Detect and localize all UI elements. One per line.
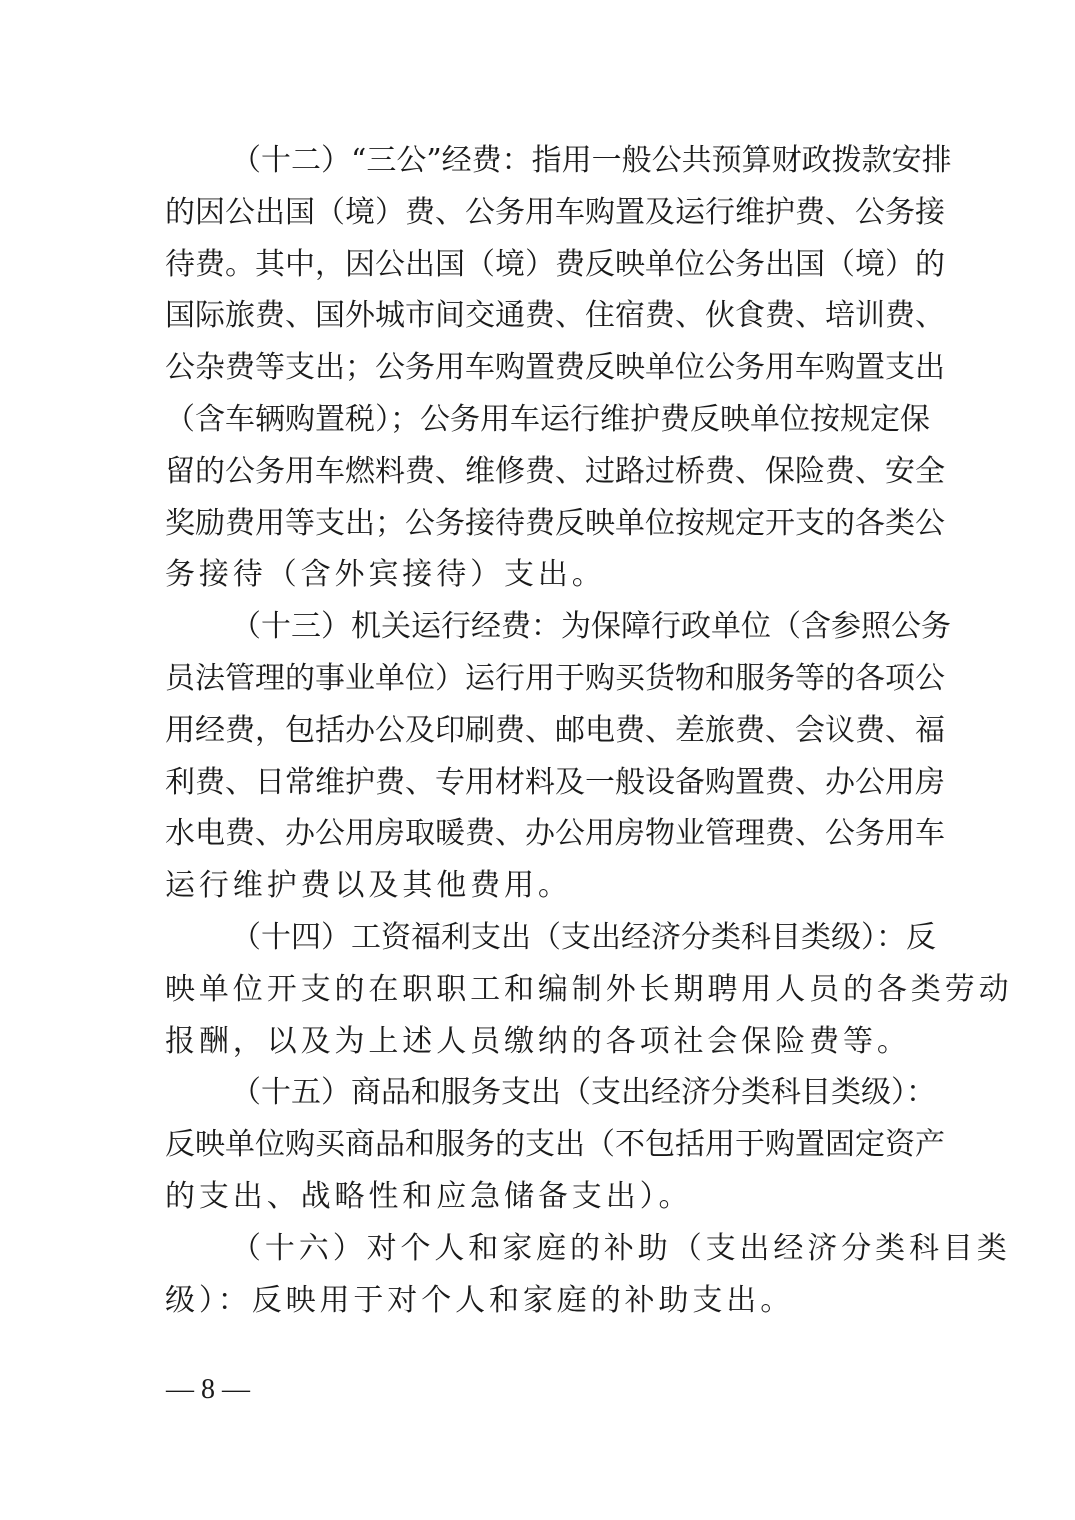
text-line: （含车辆购置税）；公务用车运行维护费反映单位按规定保: [165, 394, 913, 446]
paragraph-item-15: （十五）商品和服务支出（支出经济分类科目类级）： 反映单位购买商品和服务的支出（…: [165, 1067, 913, 1222]
text-line: 用经费，包括办公及印刷费、邮电费、差旅费、会议费、福: [165, 705, 913, 757]
text-line: （十三）机关运行经费：为保障行政单位（含参照公务: [165, 601, 913, 653]
text-line: 奖励费用等支出；公务接待费反映单位按规定开支的各类公: [165, 498, 913, 550]
text-line: 国际旅费、国外城市间交通费、住宿费、伙食费、培训费、: [165, 290, 913, 342]
paragraph-item-13: （十三）机关运行经费：为保障行政单位（含参照公务 员法管理的事业单位）运行用于购…: [165, 601, 913, 912]
text-line: 务接待（含外宾接待）支出。: [165, 549, 913, 601]
paragraph-item-16: （十六）对个人和家庭的补助（支出经济分类科目类 级）：反映用于对个人和家庭的补助…: [165, 1223, 913, 1327]
text-line: （十四）工资福利支出（支出经济分类科目类级）：反: [165, 912, 913, 964]
text-line: （十二）“三公”经费：指用一般公共预算财政拨款安排: [165, 135, 913, 187]
text-line: 利费、日常维护费、专用材料及一般设备购置费、办公用房: [165, 757, 913, 809]
text-line: 公杂费等支出；公务用车购置费反映单位公务用车购置支出: [165, 342, 913, 394]
text-line: 的因公出国（境）费、公务用车购置及运行维护费、公务接: [165, 187, 913, 239]
text-line: 反映单位购买商品和服务的支出（不包括用于购置固定资产: [165, 1119, 913, 1171]
text-line: （十五）商品和服务支出（支出经济分类科目类级）：: [165, 1067, 913, 1119]
page-number: — 8 —: [166, 1374, 250, 1406]
document-page: （十二）“三公”经费：指用一般公共预算财政拨款安排 的因公出国（境）费、公务用车…: [0, 0, 1075, 1520]
text-line: 报酬，以及为上述人员缴纳的各项社会保险费等。: [165, 1016, 913, 1068]
text-line: 留的公务用车燃料费、维修费、过路过桥费、保险费、安全: [165, 446, 913, 498]
text-line: 映单位开支的在职职工和编制外长期聘用人员的各类劳动: [165, 964, 913, 1016]
text-line: 待费。其中，因公出国（境）费反映单位公务出国（境）的: [165, 239, 913, 291]
text-line: 员法管理的事业单位）运行用于购买货物和服务等的各项公: [165, 653, 913, 705]
text-line: 级）：反映用于对个人和家庭的补助支出。: [165, 1275, 913, 1327]
text-line: 水电费、办公用房取暖费、办公用房物业管理费、公务用车: [165, 808, 913, 860]
document-body: （十二）“三公”经费：指用一般公共预算财政拨款安排 的因公出国（境）费、公务用车…: [165, 135, 913, 1326]
text-line: 的支出、战略性和应急储备支出）。: [165, 1171, 913, 1223]
text-line: （十六）对个人和家庭的补助（支出经济分类科目类: [165, 1223, 913, 1275]
paragraph-item-14: （十四）工资福利支出（支出经济分类科目类级）：反 映单位开支的在职职工和编制外长…: [165, 912, 913, 1067]
text-line: 运行维护费以及其他费用。: [165, 860, 913, 912]
paragraph-item-12: （十二）“三公”经费：指用一般公共预算财政拨款安排 的因公出国（境）费、公务用车…: [165, 135, 913, 601]
